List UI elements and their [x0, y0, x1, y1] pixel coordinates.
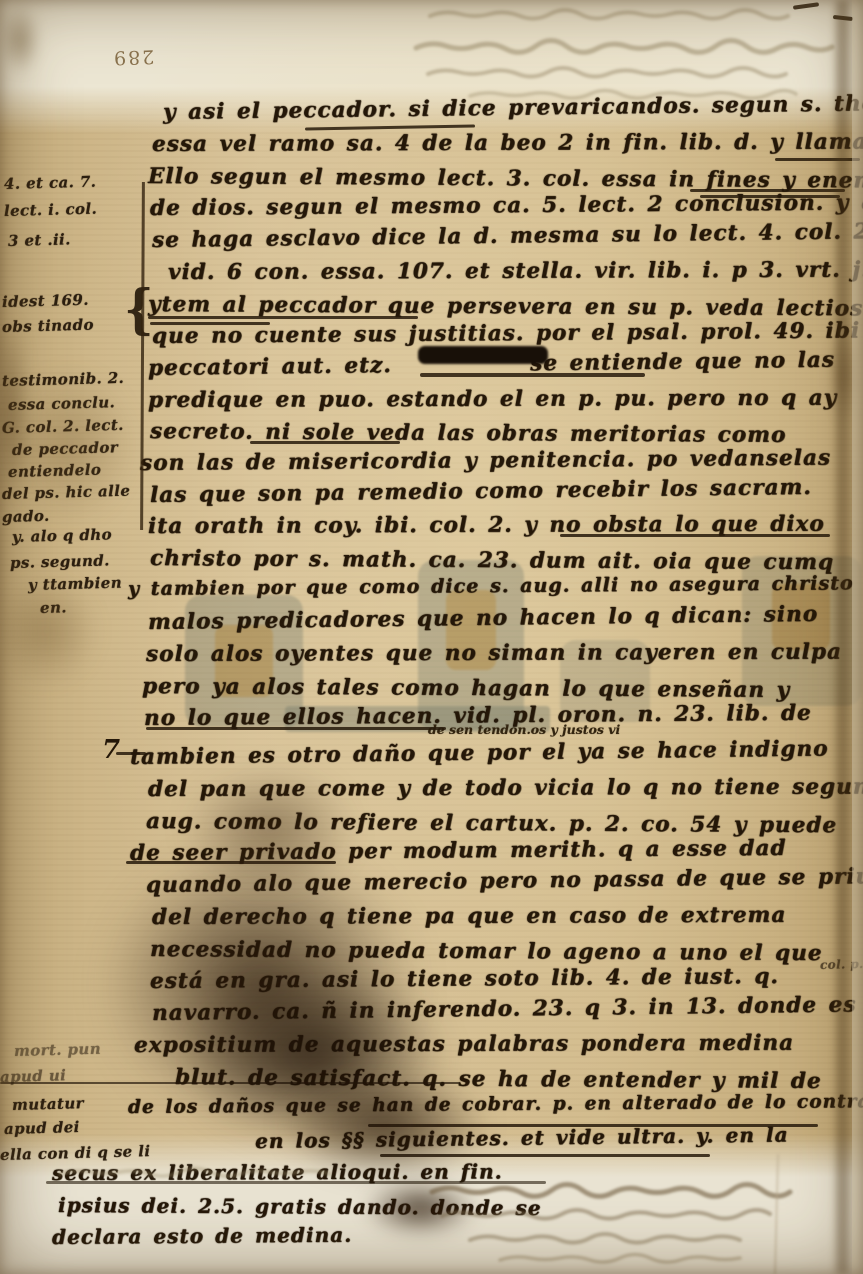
margin-note: lect. i. col. [4, 200, 98, 220]
manuscript-line: está en gra. asi lo tiene soto lib. 4. d… [150, 964, 779, 994]
ink-underline [305, 125, 475, 131]
manuscript-line: predique en puo. estando el en p. pu. pe… [148, 386, 837, 413]
margin-note: idest 169. [2, 291, 89, 311]
margin-note: gado. [2, 507, 50, 526]
margin-note: ps. segund. [10, 551, 110, 572]
manuscript-line: declara esto de medina. [52, 1223, 352, 1249]
margin-note: 4. et ca. 7. [4, 173, 97, 193]
ink-underline [380, 1154, 710, 1157]
manuscript-line: de los daños que se han de cobrar. p. en… [128, 1091, 863, 1118]
manuscript-line: las que son pa remedio como recebir los … [150, 475, 812, 508]
interline-note: de sen tendon.os y justos vi [428, 722, 620, 737]
corner-mark [793, 2, 819, 10]
manuscript-line: en los §§ siguientes. et vide ultra. y. … [255, 1122, 789, 1153]
margin-note: essa conclu. [8, 393, 116, 414]
manuscript-line: del derecho q tiene pa que en caso de ex… [152, 903, 786, 930]
margin-note: col. p. [820, 957, 863, 972]
manuscript-line: secreto. ni sole veda las obras meritori… [150, 419, 787, 448]
margin-note: y. alo q dho [12, 525, 112, 546]
manuscript-line: christo por s. math. ca. 23. dum ait. oi… [150, 546, 834, 575]
manuscript-page: 289 { 7 y asi el peccador. si dice preva… [0, 0, 863, 1274]
manuscript-line: essa vel ramo sa. 4 de la beo 2 in fin. … [152, 129, 863, 157]
manuscript-line: pero ya alos tales como hagan lo que ens… [142, 674, 790, 703]
margin-note: entiendelo [8, 461, 102, 481]
manuscript-line: tambien es otro daño que por el ya se ha… [130, 736, 829, 770]
manuscript-line: y tambien por que como dice s. aug. alli… [128, 572, 863, 600]
manuscript-line: del pan que come y de todo vicia lo q no… [148, 774, 863, 802]
manuscript-line: vid. 6 con. essa. 107. et stella. vir. l… [168, 257, 863, 285]
ink-underline [775, 158, 860, 161]
manuscript-line: expositium de aquestas palabras pondera … [134, 1031, 794, 1058]
margin-note: de peccador [12, 438, 119, 459]
manuscript-line: peccatori aut. etz. se entiende que no l… [148, 348, 835, 381]
margin-note: 3 et .ii. [8, 230, 71, 250]
manuscript-line: secus ex liberalitate alioqui. en fin. [52, 1159, 503, 1185]
manuscript-line: de seer privado per modum merith. q a es… [130, 836, 787, 866]
margin-note: apud dei [4, 1118, 80, 1138]
folio-number: 289 [112, 45, 155, 68]
manuscript-line: y asi el peccador. si dice prevaricandos… [163, 91, 863, 125]
manuscript-line: necessidad no pueda tomar lo ageno a uno… [150, 937, 823, 966]
manuscript-line: quando alo que merecio pero no passa de … [146, 864, 863, 898]
margin-note: mutatur [12, 1094, 84, 1114]
margin-rule-line [140, 182, 144, 530]
manuscript-line: son las de misericordia y penitencia. po… [140, 446, 831, 476]
margin-note: mort. pun [14, 1040, 102, 1060]
manuscript-line: que no cuente sus justitias. por el psal… [152, 318, 860, 349]
ink-stain [0, 0, 50, 90]
manuscript-line: aug. como lo refiere el cartux. p. 2. co… [146, 809, 837, 838]
margin-note: obs tinado [2, 316, 94, 336]
manuscript-line: Ello segun el mesmo lect. 3. col. essa i… [148, 164, 863, 194]
margin-note: del ps. hic alle [2, 482, 131, 503]
corner-mark [833, 15, 853, 21]
manuscript-line: blut. de satisfact. q. se ha de entender… [175, 1065, 822, 1094]
margin-note: testimonib. 2. [2, 369, 125, 390]
manuscript-line: ytem al peccador que persevera en su p. … [148, 292, 863, 321]
paragraph-mark: 7 [102, 735, 120, 765]
margin-note: y ttambien [28, 574, 122, 594]
manuscript-line: navarro. ca. ñ in inferendo. 23. q 3. in… [152, 992, 857, 1026]
margin-note: G. col. 2. lect. [2, 416, 124, 437]
margin-note: en. [40, 598, 67, 617]
manuscript-line: de dios. segun el mesmo ca. 5. lect. 2 c… [150, 190, 863, 221]
manuscript-line: ita orath in coy. ibi. col. 2. y no obst… [148, 512, 825, 539]
manuscript-line: ipsius dei. 2.5. gratis dando. donde se [58, 1193, 542, 1220]
margin-note: apud ui [0, 1066, 66, 1086]
manuscript-line: malos predicadores que no hacen lo q dic… [148, 602, 818, 635]
manuscript-line: se haga esclavo dice la d. mesma su lo l… [152, 219, 863, 253]
manuscript-line: solo alos oyentes que no siman in cayere… [146, 640, 842, 667]
